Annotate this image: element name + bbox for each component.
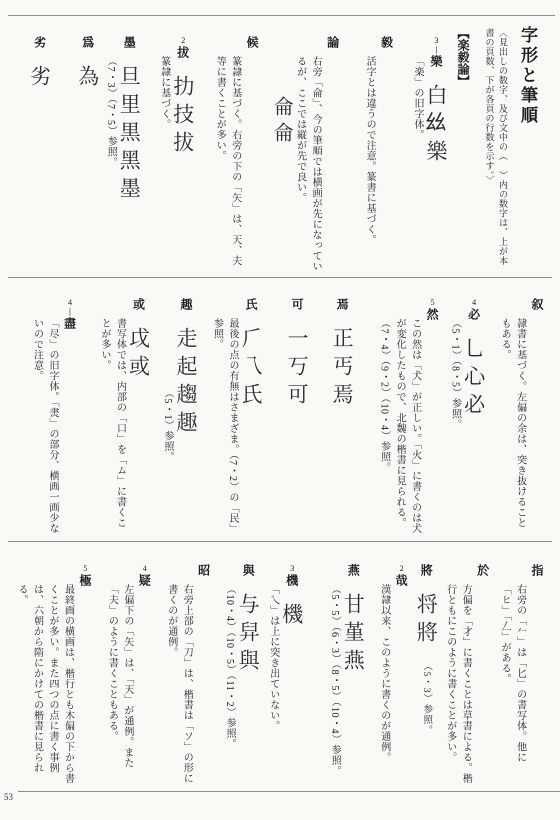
headnote: 〈見出しの数字、及び文中の（ ）内の数字は、上が本書の頁数、下が各頁の行数を示す… [482, 26, 509, 272]
entry-character: 可 [290, 298, 304, 310]
entry-character: 盡 [62, 317, 76, 329]
work-heading: 【楽毅論】 [455, 26, 472, 272]
entry-character: 候 [245, 36, 259, 48]
kanji-entry: 指 右旁の「𠂉」は「匕」の書写体。他に「ヒ」「𠃋」がある。 [497, 554, 546, 786]
entry-note: （5・1）（8・5）参照。 [447, 288, 463, 536]
kanji-entry: 4疑 左偏下の「矢」は、「天」が通例。また「夫」のように書くこともある。 [104, 554, 153, 786]
entry-ref-number: 2 [179, 36, 188, 46]
entry-label: 趣 走起趨趣 [175, 288, 197, 536]
kanji-entry: 劣 劣 [29, 26, 51, 272]
entry-note: 篆隷に基づく。右旁の下の「矢」は、天、夫等に書くことが多い。 [212, 26, 243, 272]
entry-label: 墨 旦里黒黑墨 [118, 26, 140, 272]
kanji-entry: 3機 機 「乀」は上に突き出ていない。 [265, 554, 303, 786]
calligraphy-sample: 一丂可 [286, 327, 308, 411]
calligraphy-sample: 与舁與 [237, 593, 259, 677]
entry-note: 方偏を「才」に書くことは草書による。楷行ともにこのように書くことが多い。 [442, 554, 473, 786]
calligraphy-sample: 戉或 [127, 327, 149, 383]
entry-label: 毅 [377, 26, 395, 272]
calligraphy-sample: 旦里黒黑墨 [118, 65, 140, 205]
page-number: 53 [4, 792, 13, 802]
entry-note: 漢隷以来、このように書くのが通例。 [376, 554, 392, 786]
entry-label: 5然 [423, 288, 441, 536]
entry-character: 劣 [33, 36, 47, 48]
entry-character: 拔 [176, 46, 190, 58]
entry-ref-number: 5 [81, 564, 90, 574]
entry-note: 右旁上部の「刀」は、楷書は「ソ」の形に書くのが通例。 [163, 554, 194, 786]
entry-note: （5・5）（6・3）（8・5）（10・4）参照。 [327, 554, 343, 786]
entry-character: 氏 [244, 298, 258, 310]
document-page: 字形と筆順 〈見出しの数字、及び文中の（ ）内の数字は、上が本書の頁数、下が各頁… [0, 0, 560, 820]
entry-label: 劣 劣 [29, 26, 51, 272]
kanji-entry: 燕 甘堇燕 （5・5）（6・3）（8・5）（10・4）参照。 [327, 554, 365, 786]
entry-character: 焉 [335, 298, 349, 310]
entry-character: 趣 [179, 298, 193, 310]
entry-note: （10・4）（10・5）（11・2）参照。 [222, 554, 238, 786]
kanji-entry: 候 篆隷に基づく。右旁の下の「矢」は、天、夫等に書くことが多い。 [212, 26, 261, 272]
section-middle: 叙 隷書に基づく。左偏の余は、突き抜けることもある。 4必 乚心必 （5・1）（… [10, 288, 546, 536]
calligraphy-sample: 侖侖 [269, 26, 292, 272]
kanji-entry: 5然 この然は「犬」が正しい。「火」に書くのは犬が変化したもので、北魏の楷書に見… [376, 288, 441, 536]
entry-character: 燕 [346, 564, 360, 576]
kanji-entry: 4必 乚心必 （5・1）（8・5）参照。 [447, 288, 485, 536]
kanji-entry: 3丨樂 白𢆶樂 「楽」の旧字体。 [409, 26, 447, 272]
entry-note: 左偏下の「矢」は、「天」が通例。また「夫」のように書くこともある。 [104, 554, 135, 786]
kanji-entry: 墨 旦里黒黑墨 （7・3）（7・5）参照。 [103, 26, 141, 272]
entry-ref-number: 4丨 [65, 298, 74, 317]
bottom-rule [18, 791, 560, 792]
entry-label: 4丨盡 [60, 288, 78, 536]
entry-label: 叙 [528, 288, 546, 536]
calligraphy-sample: 扐技拔 [172, 75, 194, 159]
entry-character: 樂 [429, 55, 443, 67]
entry-character: 論 [326, 36, 340, 48]
entry-character: 昭 [197, 564, 211, 576]
entry-character: 與 [241, 564, 255, 576]
entry-label: 4疑 [135, 554, 153, 786]
entry-label: 將 将將（5・3）参照。 [415, 554, 437, 786]
entry-label: 爲 為 [77, 26, 99, 272]
entry-label: 3機 機 [281, 554, 303, 786]
kanji-entry: 5極 最終画の横画は、楷行とも木偏の下から書くことが多い。また四つの点に書く事例… [13, 554, 93, 786]
entry-character: 叙 [530, 298, 544, 310]
entry-reference: （5・3）参照。 [420, 661, 431, 736]
page-title: 字形と筆順 [515, 26, 540, 272]
entry-label: 氏 𠂆乁氏 [240, 288, 262, 536]
entry-character: 或 [131, 298, 145, 310]
entry-character: 指 [530, 564, 544, 576]
kanji-entry: 趣 走起趨趣 （5・1）参照。 [159, 288, 197, 536]
kanji-entry: 氏 𠂆乁氏 最後の点の有無はさまざま。（7・2）の「民」参照。 [209, 288, 262, 536]
entry-character: 疑 [137, 574, 151, 586]
entry-character: 將 [419, 564, 433, 576]
entry-character: 墨 [122, 36, 136, 48]
kanji-entry: 2拔 扐技拔 篆隷に基づく。 [156, 26, 194, 272]
entry-ref-number: 5 [428, 298, 437, 308]
kanji-entry: 可 一丂可 [286, 288, 308, 536]
kanji-entry: 4丨盡 「尽」の旧字体。「㶳」の部分、横画一画少ないので注意。 [29, 288, 78, 536]
calligraphy-sample: 甘堇燕 [342, 593, 364, 677]
entry-note: 隷書に基づく。左偏の余は、突き抜けることもある。 [497, 288, 528, 536]
entry-note: 右旁の「𠂉」は「匕」の書写体。他に「ヒ」「𠃋」がある。 [497, 554, 528, 786]
entry-note: （7・3）（7・5）参照。 [103, 26, 119, 272]
entry-label: 於 [473, 554, 491, 786]
entry-label: 昭 [194, 554, 212, 786]
entry-character: 機 [285, 574, 299, 586]
entry-label: 焉 正丐焉 [331, 288, 353, 536]
entry-label: 2哉 [392, 554, 410, 786]
entry-character: 於 [476, 564, 490, 576]
entry-label: 論 [323, 26, 341, 272]
kanji-entry: 或 戉或 書写体では、内部の「口」を「ム」に書くことが多い。 [96, 288, 149, 536]
entry-ref-number: 4 [140, 564, 149, 574]
entry-ref-number: 3 [288, 564, 297, 574]
entry-character: 爲 [81, 36, 95, 48]
entry-note: 書写体では、内部の「口」を「ム」に書くことが多い。 [96, 288, 127, 536]
entry-note: 「乀」は上に突き出ていない。 [265, 554, 281, 786]
entry-ref-number: 3丨 [432, 36, 441, 55]
entry-note: 篆隷に基づく。 [156, 26, 172, 272]
calligraphy-sample: 正丐焉 [331, 327, 353, 411]
entry-note: 活字とは違うので注意。篆書に基づく。 [362, 26, 378, 272]
kanji-entry: 毅 活字とは違うので注意。篆書に基づく。 [362, 26, 396, 272]
entry-label: 燕 甘堇燕 [342, 554, 364, 786]
entry-label: 4必 乚心必 [463, 288, 485, 536]
entry-character: 哉 [394, 574, 408, 586]
kanji-entry: 於 方偏を「才」に書くことは草書による。楷行ともにこのように書くことが多い。 [442, 554, 491, 786]
calligraphy-sample: 𠂆乁氏 [240, 327, 262, 411]
section-divider [8, 277, 552, 278]
kanji-entry: 昭 右旁上部の「刀」は、楷書は「ソ」の形に書くのが通例。 [163, 554, 212, 786]
entry-label: 指 [528, 554, 546, 786]
kanji-entry: 論 右旁「侖」、今の筆順では横画が先になっているが、ここでは縦が先で良い。侖侖 [269, 26, 341, 272]
entry-note: この然は「犬」が正しい。「火」に書くのは犬が変化したもので、北魏の楷書に見られる… [376, 288, 423, 536]
entry-character: 然 [425, 308, 439, 320]
entry-note: 最後の点の有無はさまざま。（7・2）の「民」参照。 [209, 288, 240, 536]
section-bottom: 指 右旁の「𠂉」は「匕」の書写体。他に「ヒ」「𠃋」がある。 於 方偏を「才」に書… [10, 554, 546, 786]
entry-note: 最終画の横画は、楷行とも木偏の下から書くことが多い。また四つの点に書く事例は、六… [13, 554, 75, 786]
entry-label: 與 与舁與 [237, 554, 259, 786]
kanji-entry: 將 将將（5・3）参照。 [415, 554, 437, 786]
kanji-entry: 爲 為 [77, 26, 99, 272]
calligraphy-sample: 為 [77, 65, 99, 93]
calligraphy-sample: 乚心必 [463, 337, 485, 421]
entry-character: 必 [467, 308, 481, 320]
entry-note: 右旁「侖」、今の筆順では横画が先になっているが、ここでは縦が先で良い。 [292, 26, 323, 272]
kanji-entry: 焉 正丐焉 [331, 288, 353, 536]
entry-label: 3丨樂 白𢆶樂 [425, 26, 447, 272]
kanji-entry: 叙 隷書に基づく。左偏の余は、突き抜けることもある。 [497, 288, 546, 536]
calligraphy-sample: 走起趨趣 [175, 327, 197, 439]
entry-label: 候 [243, 26, 261, 272]
kanji-entry: 2哉 漢隷以来、このように書くのが通例。 [376, 554, 410, 786]
entry-label: 5極 [75, 554, 93, 786]
entry-label: 或 戉或 [127, 288, 149, 536]
entry-note: 「尽」の旧字体。「㶳」の部分、横画一画少ないので注意。 [29, 288, 60, 536]
calligraphy-sample: 将將 [415, 593, 437, 649]
entry-character: 毅 [379, 36, 393, 48]
top-rule [8, 15, 555, 16]
entry-label: 可 一丂可 [286, 288, 308, 536]
entry-character: 極 [78, 574, 92, 586]
section-gakkiron: 字形と筆順 〈見出しの数字、及び文中の（ ）内の数字は、上が本書の頁数、下が各頁… [10, 26, 546, 272]
calligraphy-sample: 機 [281, 603, 303, 631]
entry-label: 2拔 扐技拔 [172, 26, 194, 272]
entry-note: （5・1）参照。 [159, 288, 175, 536]
calligraphy-sample: 白𢆶樂 [425, 84, 447, 168]
kanji-entry: 與 与舁與 （10・4）（10・5）（11・2）参照。 [222, 554, 260, 786]
entry-ref-number: 2 [397, 564, 406, 574]
section-divider [8, 541, 552, 542]
entry-note: 「楽」の旧字体。 [409, 26, 425, 272]
calligraphy-sample: 劣 [29, 65, 51, 93]
entry-ref-number: 4 [470, 298, 479, 308]
